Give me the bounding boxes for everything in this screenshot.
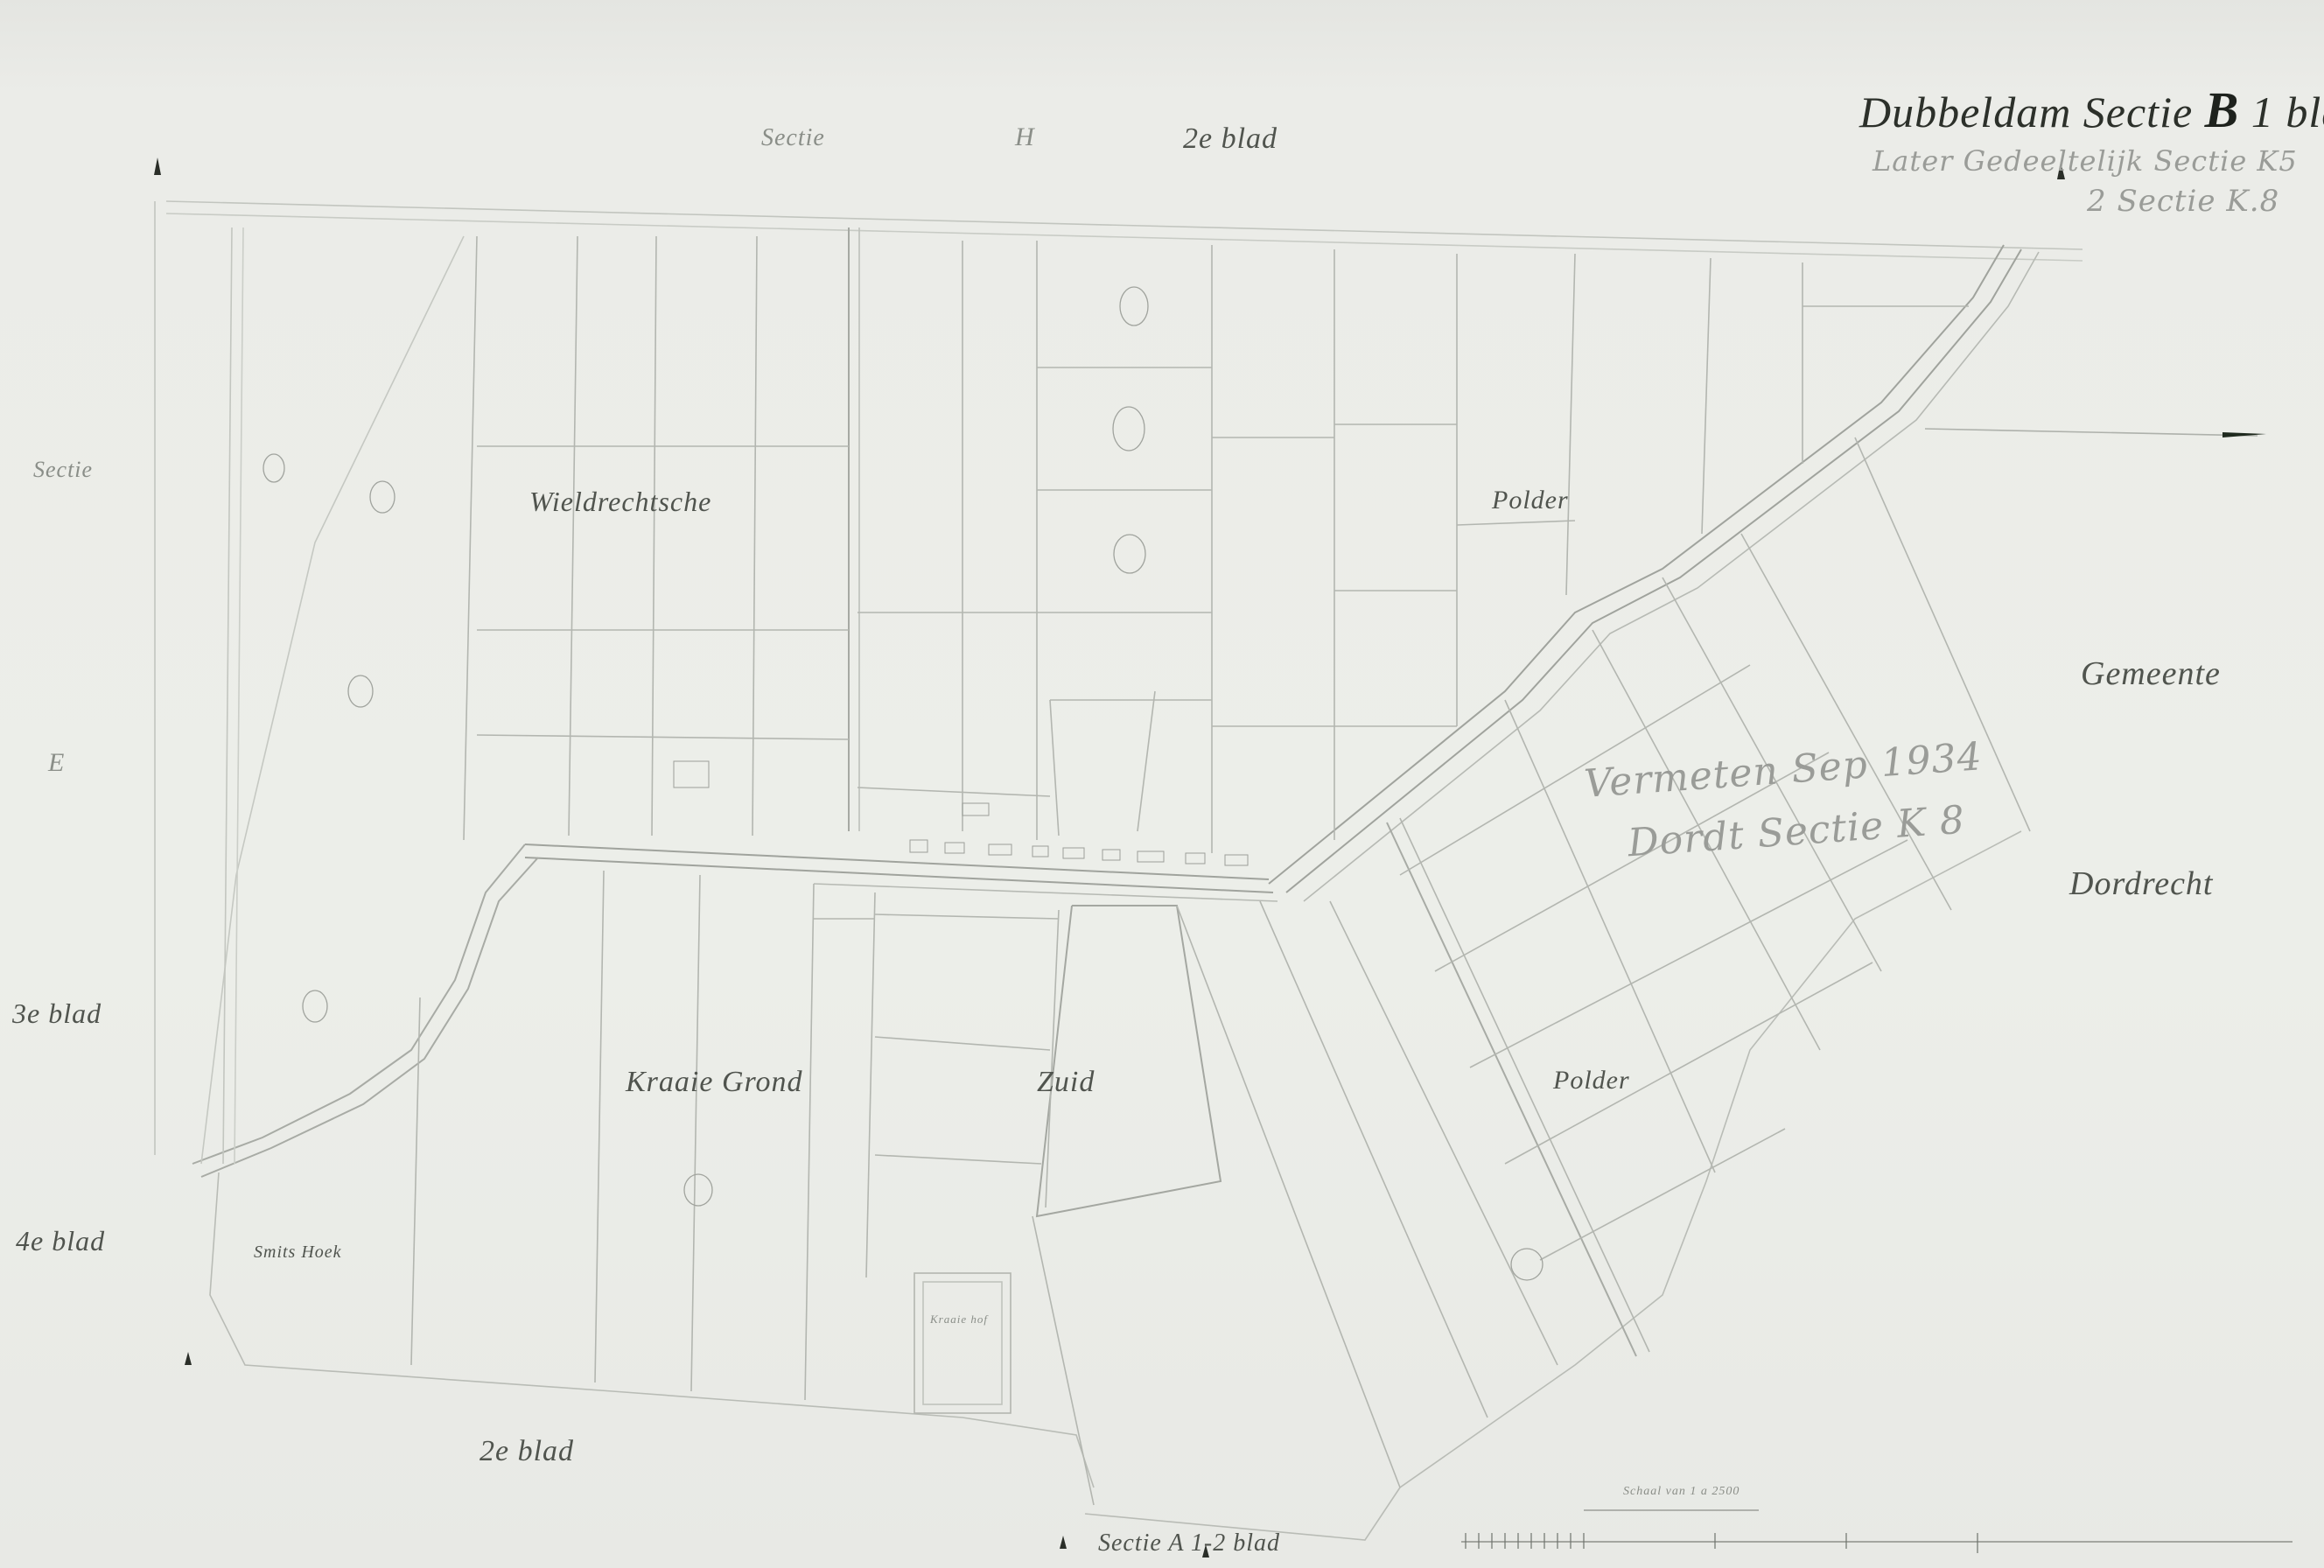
- pencil-note-sectie-k8: 2 Sectie K.8: [2087, 184, 2279, 219]
- region-label-kraaie-hof: Kraaie hof: [930, 1312, 988, 1326]
- border-top-letter: H: [1015, 122, 1035, 152]
- border-left-sectie: Sectie: [33, 457, 93, 483]
- border-bottom-sectie: Sectie A 1-2 blad: [1098, 1529, 1280, 1557]
- title-sheet: 1 blad: [2251, 87, 2324, 136]
- title-prefix: Dubbeldam Sectie: [1859, 87, 2193, 136]
- north-arrow-icon: [2222, 432, 2266, 437]
- border-left-blad-4: 4e blad: [16, 1225, 105, 1257]
- title-section-letter: B: [2205, 81, 2240, 138]
- cadastral-map-sheet: Dubbeldam Sectie B 1 blad Later Gedeelte…: [0, 0, 2324, 1568]
- scale-label: Schaal van 1 a 2500: [1623, 1485, 1739, 1499]
- region-label-dordrecht: Dordrecht: [2069, 864, 2214, 903]
- region-label-smits-hoek: Smits Hoek: [254, 1242, 342, 1263]
- region-label-wieldrechtsche: Wieldrechtsche: [529, 486, 711, 518]
- border-left-blad-3: 3e blad: [12, 997, 101, 1030]
- map-title: Dubbeldam Sectie B 1 blad: [1859, 80, 2324, 139]
- frame-arrow-icon: [154, 157, 161, 175]
- border-left-letter: E: [48, 748, 65, 778]
- parcel-marker-icon: [1120, 287, 1148, 325]
- region-label-polder-north: Polder: [1492, 486, 1569, 515]
- border-top-blad: 2e blad: [1183, 122, 1277, 156]
- region-label-zuid: Zuid: [1037, 1066, 1095, 1099]
- region-label-kraaie-grond: Kraaie Grond: [626, 1066, 802, 1099]
- border-bottom-left-blad: 2e blad: [479, 1435, 574, 1468]
- region-label-polder-south: Polder: [1553, 1066, 1630, 1095]
- region-label-gemeente: Gemeente: [2081, 654, 2221, 693]
- map-drawing: [0, 0, 2324, 1568]
- border-top-sectie: Sectie: [761, 124, 825, 152]
- pencil-note-later: Later Gedeeltelijk Sectie K5: [1872, 144, 2298, 178]
